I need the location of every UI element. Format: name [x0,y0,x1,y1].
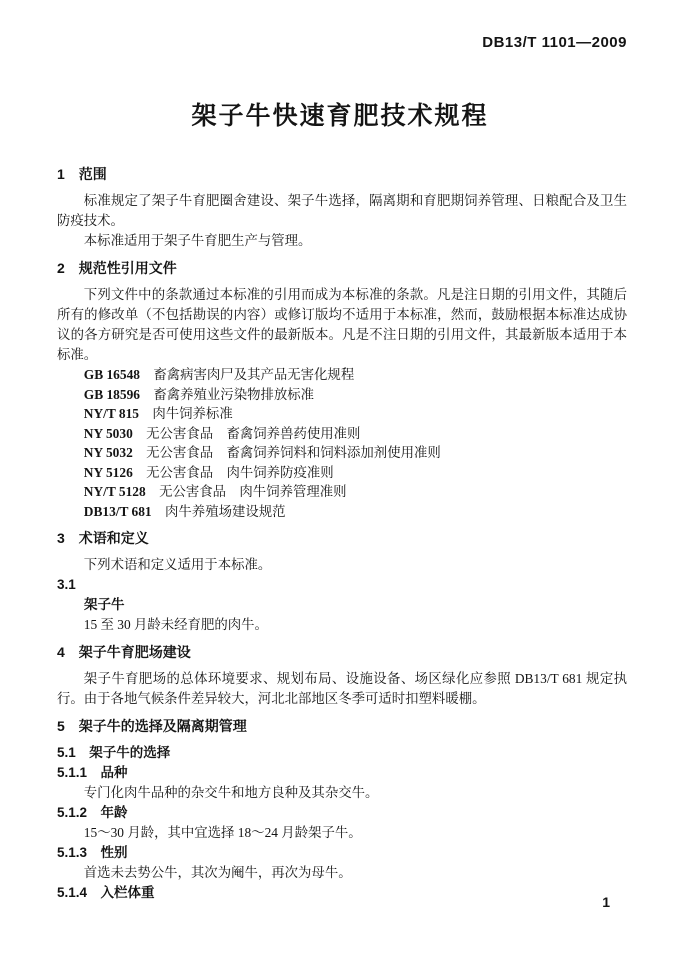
reference-code: NY 5126 [84,465,133,480]
document-page: DB13/T 1101—2009 架子牛快速育肥技术规程 1 范围 标准规定了架… [0,0,680,956]
reference-item: NY/T 5128无公害食品 肉牛饲养管理准则 [57,482,627,502]
reference-item: NY 5126无公害食品 肉牛饲养防疫准则 [57,463,627,483]
reference-title: 无公害食品 肉牛饲养防疫准则 [146,465,333,480]
clause-5-1-heading: 5.1 架子牛的选择 [57,743,627,763]
reference-title: 畜禽养殖业污染物排放标准 [153,387,314,402]
reference-code: NY/T 815 [84,406,139,421]
scope-paragraph-2: 本标准适用于架子牛育肥生产与管理。 [57,231,627,251]
breed-paragraph: 专门化肉牛品种的杂交牛和地方良种及其杂交牛。 [57,783,627,803]
reference-code: DB13/T 681 [84,504,152,519]
reference-code: GB 18596 [84,387,140,402]
document-body: 1 范围 标准规定了架子牛育肥圈舍建设、架子牛选择，隔离期和育肥期饲养管理、日粮… [57,157,627,903]
reference-code: NY/T 5128 [84,484,146,499]
reference-code: GB 16548 [84,367,140,382]
reference-item: GB 16548畜禽病害肉尸及其产品无害化规程 [57,365,627,385]
age-paragraph: 15～30 月龄，其中宜选择 18～24 月龄架子牛。 [57,823,627,843]
clause-5-1-1-heading: 5.1.1 品种 [57,763,627,783]
section-5-heading: 5 架子牛的选择及隔离期管理 [57,716,627,736]
reference-item: NY 5030无公害食品 畜禽饲养兽药使用准则 [57,424,627,444]
reference-item: NY 5032无公害食品 畜禽饲养饲料和饲料添加剂使用准则 [57,443,627,463]
terms-intro: 下列术语和定义适用于本标准。 [57,555,627,575]
section-2-heading: 2 规范性引用文件 [57,258,627,278]
clause-number: 3.1 [57,575,627,595]
section-4-heading: 4 架子牛育肥场建设 [57,642,627,662]
standard-number: DB13/T 1101—2009 [482,34,627,51]
reference-title: 无公害食品 畜禽饲养兽药使用准则 [146,426,360,441]
term-definition: 15 至 30 月龄未经育肥的肉牛。 [57,615,627,635]
clause-5-1-4-heading: 5.1.4 入栏体重 [57,883,627,903]
reference-title: 无公害食品 畜禽饲养饲料和饲料添加剂使用准则 [146,445,441,460]
reference-title: 肉牛养殖场建设规范 [165,504,286,519]
reference-title: 肉牛饲养标准 [152,406,232,421]
clause-5-1-3-heading: 5.1.3 性别 [57,843,627,863]
reference-title: 畜禽病害肉尸及其产品无害化规程 [153,367,354,382]
reference-code: NY 5030 [84,426,133,441]
normative-refs-intro: 下列文件中的条款通过本标准的引用而成为本标准的条款。凡是注日期的引用文件，其随后… [57,285,627,365]
reference-item: DB13/T 681肉牛养殖场建设规范 [57,502,627,522]
section-3-heading: 3 术语和定义 [57,528,627,548]
page-number: 1 [602,894,610,910]
term-name: 架子牛 [57,595,627,615]
document-title: 架子牛快速育肥技术规程 [0,96,680,132]
reference-item: NY/T 815肉牛饲养标准 [57,404,627,424]
site-paragraph: 架子牛育肥场的总体环境要求、规划布局、设施设备、场区绿化应参照 DB13/T 6… [57,669,627,709]
reference-code: NY 5032 [84,445,133,460]
normative-refs-list: GB 16548畜禽病害肉尸及其产品无害化规程 GB 18596畜禽养殖业污染物… [57,365,627,521]
section-1-heading: 1 范围 [57,164,627,184]
scope-paragraph-1: 标准规定了架子牛育肥圈舍建设、架子牛选择，隔离期和育肥期饲养管理、日粮配合及卫生… [57,191,627,231]
sex-paragraph: 首选未去势公牛，其次为阉牛，再次为母牛。 [57,863,627,883]
reference-item: GB 18596畜禽养殖业污染物排放标准 [57,385,627,405]
clause-5-1-2-heading: 5.1.2 年龄 [57,803,627,823]
reference-title: 无公害食品 肉牛饲养管理准则 [159,484,346,499]
